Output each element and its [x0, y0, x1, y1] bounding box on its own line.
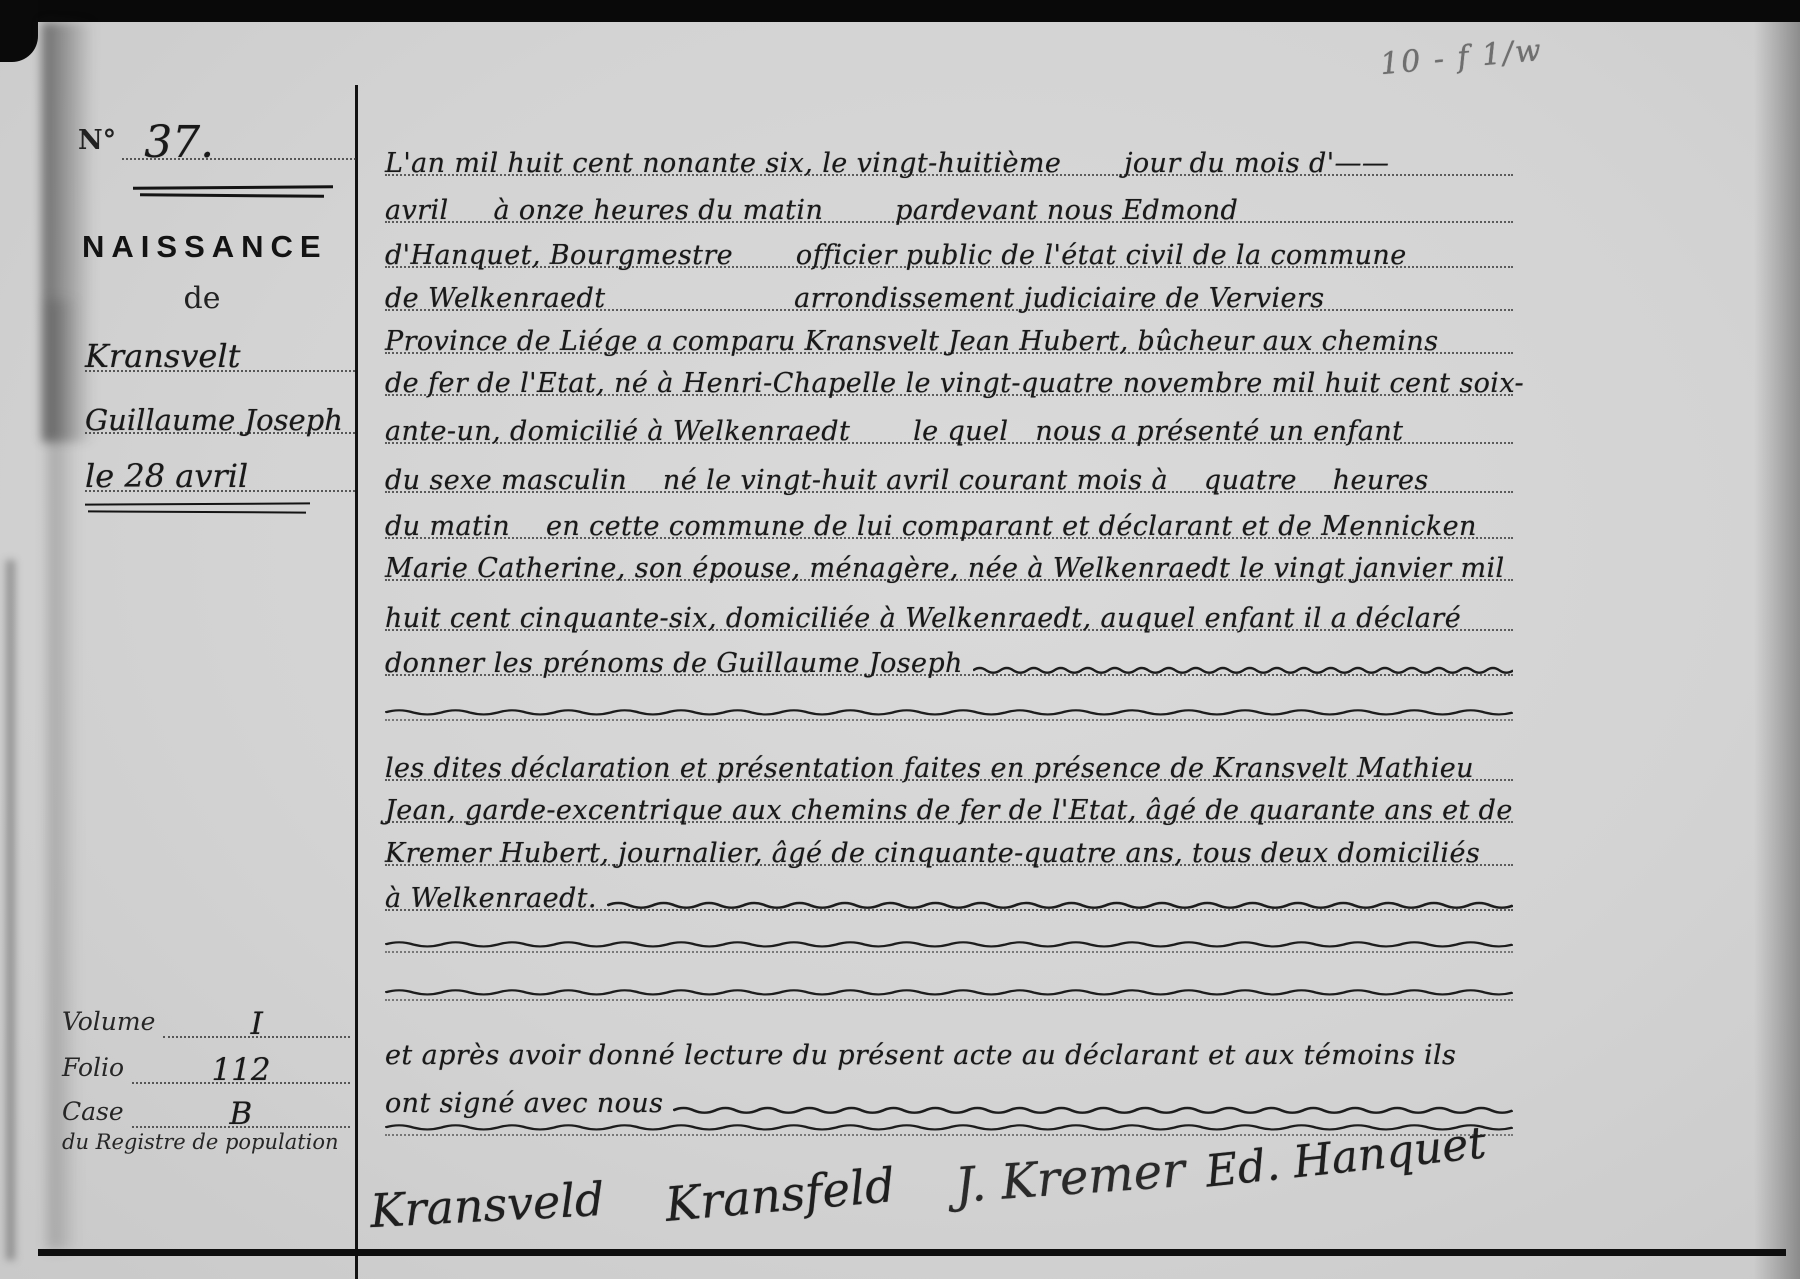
record-number-label: N° [78, 125, 116, 156]
hand-rule [133, 185, 333, 189]
body-line: Jean, garde-excentrique aux chemins de f… [385, 781, 1513, 823]
paragraph-separator-wave [385, 986, 1513, 1001]
body-line-text: à Welkenraedt. [385, 885, 597, 913]
bottom-thick-rule [38, 1249, 1786, 1256]
child-surname-row: Kransvelt [85, 330, 355, 372]
birth-record-scan: 10 - f 1/w N° 37. NAISSANCE de Kransvelt… [0, 0, 1800, 1279]
margin-divider-line [355, 85, 358, 1279]
hand-rule [88, 510, 306, 513]
body-line-text: du sexe masculin né le vingt-huit avril … [385, 467, 1429, 495]
record-number-value: 37. [122, 117, 214, 168]
closing-line: et après avoir donné lecture du présent … [385, 1024, 1513, 1066]
body-line: L'an mil huit cent nonante six, le vingt… [385, 134, 1513, 176]
paragraph-separator-wave [385, 938, 1513, 953]
folio-label: Folio [62, 1053, 124, 1082]
child-surname: Kransvelt [85, 337, 240, 375]
body-line: Province de Liége a comparu Kransvelt Je… [385, 312, 1513, 354]
body-line: du sexe masculin né le vingt-huit avril … [385, 451, 1513, 493]
birth-date-row: le 28 avril [85, 450, 355, 492]
body-line-text: huit cent cinquante-six, domiciliée à We… [385, 605, 1461, 633]
body-line-text: du matin en cette commune de lui compara… [385, 513, 1477, 541]
case-label: Case [62, 1097, 124, 1126]
pencil-annotation: 10 - f 1/w [1379, 33, 1544, 82]
body-line-text: les dites déclaration et présentation fa… [385, 755, 1474, 783]
body-line: à Welkenraedt. [385, 869, 1513, 911]
child-given-names: Guillaume Joseph [85, 403, 343, 437]
body-line-text: L'an mil huit cent nonante six, le vingt… [385, 150, 1389, 178]
body-line: donner les prénoms de Guillaume Joseph [385, 634, 1513, 676]
body-line-text: avril à onze heures du matin pardevant n… [385, 197, 1238, 225]
body-line-text: de Welkenraedt arrondissement judiciaire… [385, 285, 1324, 313]
body-line: de Welkenraedt arrondissement judiciaire… [385, 269, 1513, 311]
body-line: ante-un, domicilié à Welkenraedt le quel… [385, 402, 1513, 444]
hand-rule [140, 193, 324, 198]
wavy-filler-line [973, 663, 1513, 678]
folio-row: Folio 112 [62, 1044, 350, 1084]
folio-value: 112 [211, 1052, 270, 1088]
body-line: huit cent cinquante-six, domiciliée à We… [385, 589, 1513, 631]
volume-label: Volume [62, 1007, 155, 1036]
body-line: Kremer Hubert, journalier, âgé de cinqua… [385, 824, 1513, 866]
register-note: du Registre de population [62, 1130, 339, 1154]
body-line-text: Province de Liége a comparu Kransvelt Je… [385, 328, 1438, 356]
child-given-names-row: Guillaume Joseph [85, 392, 355, 434]
margin-title: NAISSANCE [82, 229, 322, 265]
closing-line-text: ont signé avec nous [385, 1090, 663, 1118]
hand-rule [85, 502, 310, 505]
body-line-text: Kremer Hubert, journalier, âgé de cinqua… [385, 840, 1480, 868]
signature-declarant: Kransveld [369, 1172, 606, 1238]
paragraph-separator-wave [385, 706, 1513, 721]
signature-witness-2: J. Kremer [953, 1142, 1186, 1214]
page-edge-streak [6, 560, 15, 1260]
body-line-text: de fer de l'Etat, né à Henri-Chapelle le… [385, 370, 1524, 398]
body-line-text: Jean, garde-excentrique aux chemins de f… [385, 797, 1513, 825]
body-line: les dites déclaration et présentation fa… [385, 739, 1513, 781]
page-edge-shadow [1754, 22, 1800, 1279]
body-line-text: donner les prénoms de Guillaume Joseph [385, 650, 963, 678]
case-value: B [229, 1096, 252, 1132]
body-line: avril à onze heures du matin pardevant n… [385, 181, 1513, 223]
wavy-filler-line [673, 1103, 1513, 1118]
body-line: de fer de l'Etat, né à Henri-Chapelle le… [385, 354, 1513, 396]
volume-row: Volume I [62, 998, 350, 1038]
case-row: Case B [62, 1088, 350, 1128]
body-line: du matin en cette commune de lui compara… [385, 497, 1513, 539]
body-line-text: ante-un, domicilié à Welkenraedt le quel… [385, 418, 1403, 446]
margin-subtitle: de [82, 281, 322, 316]
wavy-filler-line [607, 898, 1513, 913]
body-line-text: d'Hanquet, Bourgmestre officier public d… [385, 242, 1407, 270]
signature-witness-1: Kransfeld [663, 1158, 897, 1233]
body-line: Marie Catherine, son épouse, ménagère, n… [385, 539, 1513, 581]
birth-date: le 28 avril [85, 457, 248, 495]
body-line: d'Hanquet, Bourgmestre officier public d… [385, 226, 1513, 268]
closing-line: ont signé avec nous [385, 1072, 1513, 1114]
scan-corner-shadow [0, 0, 38, 62]
scan-top-edge [0, 0, 1800, 22]
body-line-text: Marie Catherine, son épouse, ménagère, n… [385, 555, 1505, 583]
record-number-row: N° 37. [78, 112, 356, 160]
closing-line-text: et après avoir donné lecture du présent … [385, 1042, 1456, 1070]
volume-value: I [251, 1006, 263, 1042]
